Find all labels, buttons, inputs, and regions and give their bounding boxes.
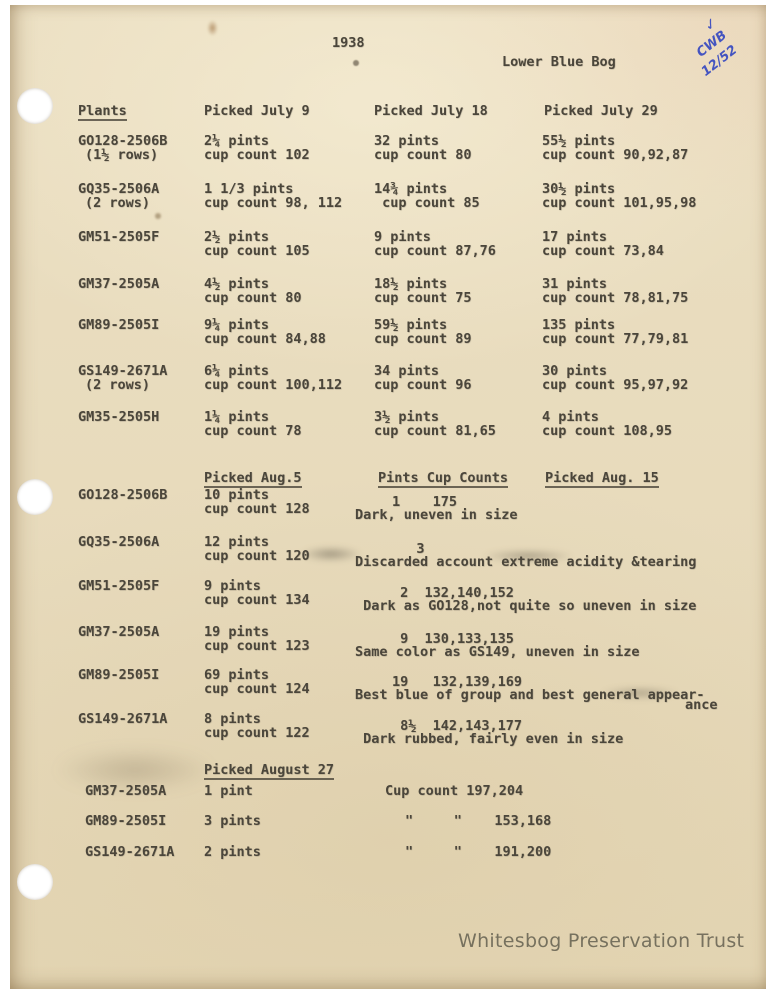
aug5-pints-value: 9 pints	[204, 579, 261, 593]
aug27-pints-value: 2 pints	[204, 845, 261, 859]
watermark-text: Whitesbog Preservation Trust	[458, 930, 744, 952]
july9-cup-count-value: cup count 100,112	[204, 378, 342, 392]
july29-pints-value: 55½ pints	[542, 134, 615, 148]
column-header-aug27: Picked August 27	[204, 763, 334, 780]
july18-pints-value: 59½ pints	[374, 318, 447, 332]
july18-cup-count-value: cup count 87,76	[374, 244, 496, 258]
plant-id: GM51-2505F	[78, 230, 159, 244]
column-header-pints-cups: Pints Cup Counts	[378, 471, 508, 488]
aug5-cup-count-value: cup count 128	[204, 502, 310, 516]
july29-pints-value: 30 pints	[542, 364, 607, 378]
july9-cup-count-value: cup count 80	[204, 291, 302, 305]
aug27-pints-value: 1 pint	[204, 784, 253, 798]
july9-pints-value: 1¼ pints	[204, 410, 269, 424]
aug5-cup-count-value: cup count 124	[204, 682, 310, 696]
column-header-plants: Plants	[78, 104, 127, 121]
ink-dot	[353, 60, 359, 66]
july9-pints-value: 1 1/3 pints	[204, 182, 293, 196]
plant-id: GM89-2505I	[78, 318, 159, 332]
july9-pints-value: 9¼ pints	[204, 318, 269, 332]
july9-cup-count-value: cup count 84,88	[204, 332, 326, 346]
july9-cup-count-value: cup count 98, 112	[204, 196, 342, 210]
july29-cup-count-value: cup count 78,81,75	[542, 291, 688, 305]
aug15-quality-note: Discarded account extreme acidity &teari…	[355, 555, 696, 569]
july9-pints-value: 6¼ pints	[204, 364, 269, 378]
july18-pints-value: 18½ pints	[374, 277, 447, 291]
punch-hole-top	[17, 88, 53, 124]
column-header-july29: Picked July 29	[544, 104, 658, 118]
aug15-quality-note: Dark rubbed, fairly even in size	[355, 732, 623, 746]
aug5-cup-count-value: cup count 134	[204, 593, 310, 607]
plant-id: GQ35-2506A	[78, 182, 159, 196]
july29-cup-count-value: cup count 77,79,81	[542, 332, 688, 346]
aug27-pints-value: 3 pints	[204, 814, 261, 828]
page-title: Lower Blue Bog	[502, 55, 616, 69]
plant-id: GM37-2505A	[78, 277, 159, 291]
july18-cup-count-value: cup count 89	[374, 332, 472, 346]
july18-cup-count-value: cup count 75	[374, 291, 472, 305]
column-header-july9: Picked July 9	[204, 104, 310, 118]
plant-id: GM89-2505I	[78, 668, 159, 682]
july18-pints-value: 32 pints	[374, 134, 439, 148]
plant-id: GS149-2671A	[85, 845, 174, 859]
plant-id: GM51-2505F	[78, 579, 159, 593]
july18-cup-count-value: cup count 81,65	[374, 424, 496, 438]
july18-cup-count-value: cup count 96	[374, 378, 472, 392]
aug27-cup-count-value: " " 191,200	[405, 845, 551, 859]
july29-cup-count-value: cup count 73,84	[542, 244, 664, 258]
column-header-aug5: Picked Aug.5	[204, 471, 302, 488]
aug5-cup-count-value: cup count 120	[204, 549, 310, 563]
july18-cup-count-value: cup count 80	[374, 148, 472, 162]
aug15-quality-note: Same color as GS149, uneven in size	[355, 645, 639, 659]
punch-hole-middle	[17, 479, 53, 515]
paper-stain	[207, 20, 218, 36]
punch-hole-bottom	[17, 864, 53, 900]
plant-id: GM89-2505I	[85, 814, 166, 828]
scanned-document-page: { "page": { "year": "1938", "title": "Lo…	[0, 0, 768, 994]
july29-pints-value: 135 pints	[542, 318, 615, 332]
july29-pints-value: 17 pints	[542, 230, 607, 244]
july29-cup-count-value: cup count 101,95,98	[542, 196, 696, 210]
july29-pints-value: 31 pints	[542, 277, 607, 291]
aug27-cup-count-value: Cup count 197,204	[385, 784, 523, 798]
plant-id: GM37-2505A	[85, 784, 166, 798]
july18-pints-value: 14¾ pints	[374, 182, 447, 196]
july18-cup-count-value: cup count 85	[374, 196, 480, 210]
aug5-cup-count-value: cup count 123	[204, 639, 310, 653]
aug5-pints-value: 10 pints	[204, 488, 269, 502]
aug5-cup-count-value: cup count 122	[204, 726, 310, 740]
page-year: 1938	[332, 36, 365, 50]
paper-stain	[155, 213, 161, 219]
plant-id: GM35-2505H	[78, 410, 159, 424]
aug5-pints-value: 12 pints	[204, 535, 269, 549]
plant-id: GO128-2506B	[78, 134, 167, 148]
aug15-quality-note: Best blue of group and best general appe…	[355, 688, 705, 702]
plant-id: GM37-2505A	[78, 625, 159, 639]
july9-pints-value: 2¼ pints	[204, 134, 269, 148]
plant-rows-note: (1½ rows)	[85, 148, 158, 162]
plant-rows-note: (2 rows)	[85, 378, 150, 392]
july29-pints-value: 4 pints	[542, 410, 599, 424]
july29-cup-count-value: cup count 108,95	[542, 424, 672, 438]
july29-cup-count-value: cup count 95,97,92	[542, 378, 688, 392]
july9-cup-count-value: cup count 102	[204, 148, 310, 162]
aug15-quality-note: Dark as GO128,not quite so uneven in siz…	[355, 599, 696, 613]
july18-pints-value: 34 pints	[374, 364, 439, 378]
plant-id: GQ35-2506A	[78, 535, 159, 549]
aug27-cup-count-value: " " 153,168	[405, 814, 551, 828]
column-header-july18: Picked July 18	[374, 104, 488, 118]
plant-id: GS149-2671A	[78, 364, 167, 378]
aug5-pints-value: 8 pints	[204, 712, 261, 726]
column-header-aug15: Picked Aug. 15	[545, 471, 659, 488]
plant-id: GS149-2671A	[78, 712, 167, 726]
plant-rows-note: (2 rows)	[85, 196, 150, 210]
plant-id: GO128-2506B	[78, 488, 167, 502]
july18-pints-value: 3½ pints	[374, 410, 439, 424]
july29-pints-value: 30½ pints	[542, 182, 615, 196]
july9-pints-value: 2½ pints	[204, 230, 269, 244]
july18-pints-value: 9 pints	[374, 230, 431, 244]
july9-pints-value: 4½ pints	[204, 277, 269, 291]
aug5-pints-value: 69 pints	[204, 668, 269, 682]
july29-cup-count-value: cup count 90,92,87	[542, 148, 688, 162]
aug15-quality-note-wrap: ance	[685, 698, 718, 712]
july9-cup-count-value: cup count 105	[204, 244, 310, 258]
aug5-pints-value: 19 pints	[204, 625, 269, 639]
july9-cup-count-value: cup count 78	[204, 424, 302, 438]
aug15-quality-note: Dark, uneven in size	[355, 508, 518, 522]
